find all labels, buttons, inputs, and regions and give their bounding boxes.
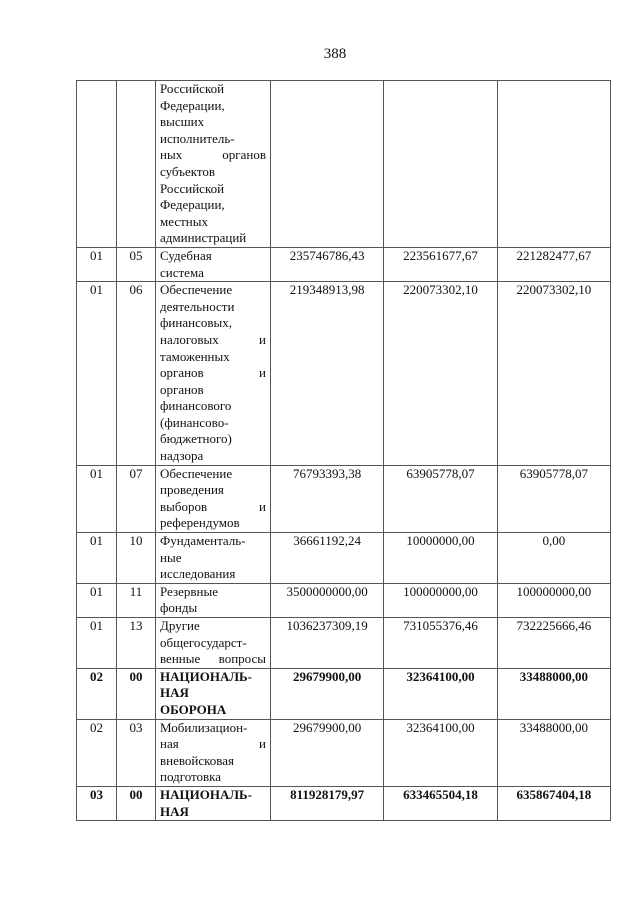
item-name-line: фонды <box>160 600 266 617</box>
item-name-line: Российской <box>160 81 266 98</box>
item-name-line: налоговыхи <box>160 332 266 349</box>
amount-year-2-cell: 633465504,18 <box>384 786 497 820</box>
item-name-line: органов <box>160 382 266 399</box>
item-name-line: деятельности <box>160 299 266 316</box>
amount-year-3-cell: 63905778,07 <box>497 465 610 532</box>
section-code-cell: 01 <box>77 533 117 584</box>
item-name-line: Обеспечение <box>160 466 266 483</box>
section-code-cell: 03 <box>77 786 117 820</box>
amount-year-1-cell: 29679900,00 <box>271 719 384 786</box>
item-name-line: система <box>160 265 266 282</box>
table-row: 0110Фундаменталь-ныеисследования36661192… <box>77 533 611 584</box>
amount-year-3-cell: 0,00 <box>497 533 610 584</box>
item-name-cell: НАЦИОНАЛЬ-НАЯОБОРОНА <box>156 668 271 719</box>
item-name-line: исполнитель- <box>160 131 266 148</box>
table-row: 0106Обеспечениедеятельностифинансовых,на… <box>77 282 611 466</box>
item-name-line: Федерации, <box>160 197 266 214</box>
amount-year-3-cell: 220073302,10 <box>497 282 610 466</box>
amount-year-1-cell: 219348913,98 <box>271 282 384 466</box>
amount-year-1-cell: 76793393,38 <box>271 465 384 532</box>
section-code-cell: 01 <box>77 583 117 617</box>
amount-year-2-cell: 731055376,46 <box>384 618 497 669</box>
section-code-cell: 01 <box>77 618 117 669</box>
item-name-line: финансового <box>160 398 266 415</box>
item-name-cell: Фундаменталь-ныеисследования <box>156 533 271 584</box>
amount-year-3-cell: 221282477,67 <box>497 247 610 281</box>
subsection-code-cell: 00 <box>117 668 156 719</box>
section-code-cell: 02 <box>77 719 117 786</box>
amount-year-1-cell <box>271 81 384 248</box>
amount-year-3-cell: 100000000,00 <box>497 583 610 617</box>
subsection-code-cell: 10 <box>117 533 156 584</box>
section-code-cell: 02 <box>77 668 117 719</box>
table-row: 0113Другиеобщегосударст-венныевопросы103… <box>77 618 611 669</box>
amount-year-2-cell: 63905778,07 <box>384 465 497 532</box>
subsection-code-cell: 03 <box>117 719 156 786</box>
item-name-line: исследования <box>160 566 266 583</box>
item-name-line: НАЦИОНАЛЬ- <box>160 669 266 686</box>
amount-year-3-cell <box>497 81 610 248</box>
item-name-line: высших <box>160 114 266 131</box>
section-code-cell: 01 <box>77 282 117 466</box>
item-name-line: выборови <box>160 499 266 516</box>
item-name-line: надзора <box>160 448 266 465</box>
item-name-cell: Судебнаясистема <box>156 247 271 281</box>
subsection-code-cell: 13 <box>117 618 156 669</box>
item-name-line: Другие <box>160 618 266 635</box>
section-code-cell: 01 <box>77 465 117 532</box>
item-name-line: (финансово- <box>160 415 266 432</box>
subsection-code-cell: 11 <box>117 583 156 617</box>
item-name-line: Судебная <box>160 248 266 265</box>
item-name-cell: РоссийскойФедерации,высшихисполнитель-ны… <box>156 81 271 248</box>
amount-year-1-cell: 29679900,00 <box>271 668 384 719</box>
item-name-line: Резервные <box>160 584 266 601</box>
item-name-line: Федерации, <box>160 98 266 115</box>
amount-year-2-cell: 32364100,00 <box>384 719 497 786</box>
item-name-line: референдумов <box>160 515 266 532</box>
table-row: 0203Мобилизацион-наяивневойсковаяподгото… <box>77 719 611 786</box>
section-code-cell: 01 <box>77 247 117 281</box>
item-name-line: Российской <box>160 181 266 198</box>
amount-year-1-cell: 235746786,43 <box>271 247 384 281</box>
amount-year-2-cell: 100000000,00 <box>384 583 497 617</box>
item-name-line: Мобилизацион- <box>160 720 266 737</box>
item-name-line: ОБОРОНА <box>160 702 266 719</box>
table-row: 0111Резервныефонды3500000000,00100000000… <box>77 583 611 617</box>
budget-table: РоссийскойФедерации,высшихисполнитель-ны… <box>76 80 611 821</box>
item-name-line: вневойсковая <box>160 753 266 770</box>
table-row: 0105Судебнаясистема235746786,43223561677… <box>77 247 611 281</box>
table-row: РоссийскойФедерации,высшихисполнитель-ны… <box>77 81 611 248</box>
item-name-cell: Резервныефонды <box>156 583 271 617</box>
item-name-line: общегосударст- <box>160 635 266 652</box>
subsection-code-cell <box>117 81 156 248</box>
item-name-cell: Обеспечениепроведениявыборовиреферендумо… <box>156 465 271 532</box>
amount-year-3-cell: 33488000,00 <box>497 668 610 719</box>
table-row: 0300НАЦИОНАЛЬ-НАЯ811928179,97633465504,1… <box>77 786 611 820</box>
amount-year-2-cell: 223561677,67 <box>384 247 497 281</box>
subsection-code-cell: 06 <box>117 282 156 466</box>
amount-year-2-cell: 220073302,10 <box>384 282 497 466</box>
amount-year-1-cell: 1036237309,19 <box>271 618 384 669</box>
amount-year-1-cell: 36661192,24 <box>271 533 384 584</box>
item-name-cell: Обеспечениедеятельностифинансовых,налого… <box>156 282 271 466</box>
amount-year-3-cell: 635867404,18 <box>497 786 610 820</box>
item-name-line: НАЯ <box>160 685 266 702</box>
item-name-line: ные <box>160 550 266 567</box>
subsection-code-cell: 07 <box>117 465 156 532</box>
item-name-line: таможенных <box>160 349 266 366</box>
amount-year-2-cell <box>384 81 497 248</box>
item-name-line: венныевопросы <box>160 651 266 668</box>
subsection-code-cell: 00 <box>117 786 156 820</box>
item-name-line: органови <box>160 365 266 382</box>
amount-year-2-cell: 32364100,00 <box>384 668 497 719</box>
item-name-line: Обеспечение <box>160 282 266 299</box>
amount-year-2-cell: 10000000,00 <box>384 533 497 584</box>
item-name-line: подготовка <box>160 769 266 786</box>
table-row: 0107Обеспечениепроведениявыборовиреферен… <box>77 465 611 532</box>
item-name-line: бюджетного) <box>160 431 266 448</box>
amount-year-3-cell: 33488000,00 <box>497 719 610 786</box>
section-code-cell <box>77 81 117 248</box>
item-name-cell: Другиеобщегосударст-венныевопросы <box>156 618 271 669</box>
subsection-code-cell: 05 <box>117 247 156 281</box>
item-name-line: НАЦИОНАЛЬ- <box>160 787 266 804</box>
amount-year-1-cell: 811928179,97 <box>271 786 384 820</box>
item-name-line: администраций <box>160 230 266 247</box>
item-name-line: Фундаменталь- <box>160 533 266 550</box>
amount-year-1-cell: 3500000000,00 <box>271 583 384 617</box>
item-name-line: местных <box>160 214 266 231</box>
item-name-line: ныхорганов <box>160 147 266 164</box>
item-name-line: НАЯ <box>160 804 266 821</box>
table-row: 0200НАЦИОНАЛЬ-НАЯОБОРОНА29679900,0032364… <box>77 668 611 719</box>
page-number: 388 <box>0 46 640 63</box>
item-name-line: финансовых, <box>160 315 266 332</box>
item-name-cell: Мобилизацион-наяивневойсковаяподготовка <box>156 719 271 786</box>
amount-year-3-cell: 732225666,46 <box>497 618 610 669</box>
item-name-line: субъектов <box>160 164 266 181</box>
item-name-line: наяи <box>160 736 266 753</box>
item-name-cell: НАЦИОНАЛЬ-НАЯ <box>156 786 271 820</box>
item-name-line: проведения <box>160 482 266 499</box>
